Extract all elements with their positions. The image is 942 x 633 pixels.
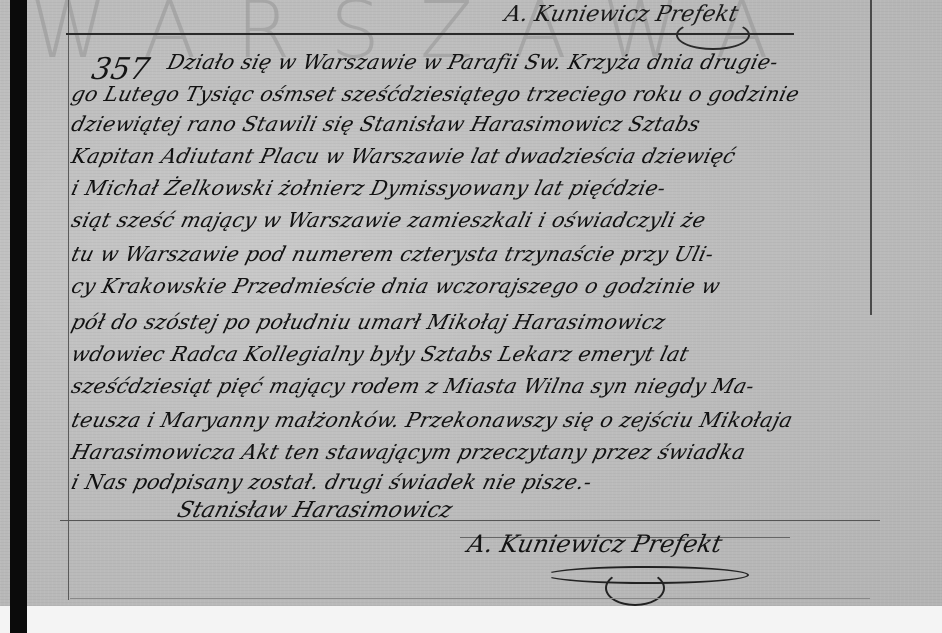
official-signature: A. Kuniewicz Prefekt	[465, 530, 725, 558]
record-line-12: teusza i Maryanny małżonków. Przekonawsz…	[69, 408, 795, 432]
record-line-2: go Lutego Tysiąc ośmset sześćdziesiątego…	[69, 82, 802, 106]
signature-flourish-top	[676, 20, 750, 50]
record-line-8: cy Krakowskie Przedmieście dnia wczorajs…	[69, 274, 723, 298]
signature-flourish-loop	[605, 570, 665, 606]
scan-bottom-margin	[0, 606, 942, 633]
page-bottom-rule	[70, 598, 870, 599]
left-margin-rule	[68, 0, 69, 600]
binding-strip-bottom	[10, 606, 27, 633]
record-line-11: sześćdziesiąt pięć mający rodem z Miasta…	[69, 374, 757, 398]
record-line-1: Działo się w Warszawie w Parafii Sw. Krz…	[165, 50, 781, 74]
signature-rule	[60, 520, 880, 521]
right-margin-rule	[870, 0, 872, 315]
binding-strip	[10, 0, 27, 633]
entry-separator-rule	[66, 33, 794, 35]
record-line-10: wdowiec Radca Kollegialny były Sztabs Le…	[69, 342, 692, 366]
record-line-13: Harasimowicza Akt ten stawającym przeczy…	[69, 440, 748, 464]
record-line-14: i Nas podpisany został. drugi świadek ni…	[69, 470, 594, 494]
record-line-5: i Michał Żelkowski żołnierz Dymissyowany…	[69, 176, 668, 200]
record-line-9: pół do szóstej po południu umarł Mikołaj…	[69, 310, 668, 334]
record-line-7: tu w Warszawie pod numerem czterysta trz…	[69, 242, 716, 266]
record-line-3: dziewiątej rano Stawili się Stanisław Ha…	[69, 112, 703, 136]
record-line-6: siąt sześć mający w Warszawie zamieszkal…	[69, 208, 708, 232]
record-line-4: Kapitan Adiutant Placu w Warszawie lat d…	[69, 144, 738, 168]
document-scan: WARSZAWA A. Kuniewicz Prefekt 357 Działo…	[0, 0, 942, 633]
